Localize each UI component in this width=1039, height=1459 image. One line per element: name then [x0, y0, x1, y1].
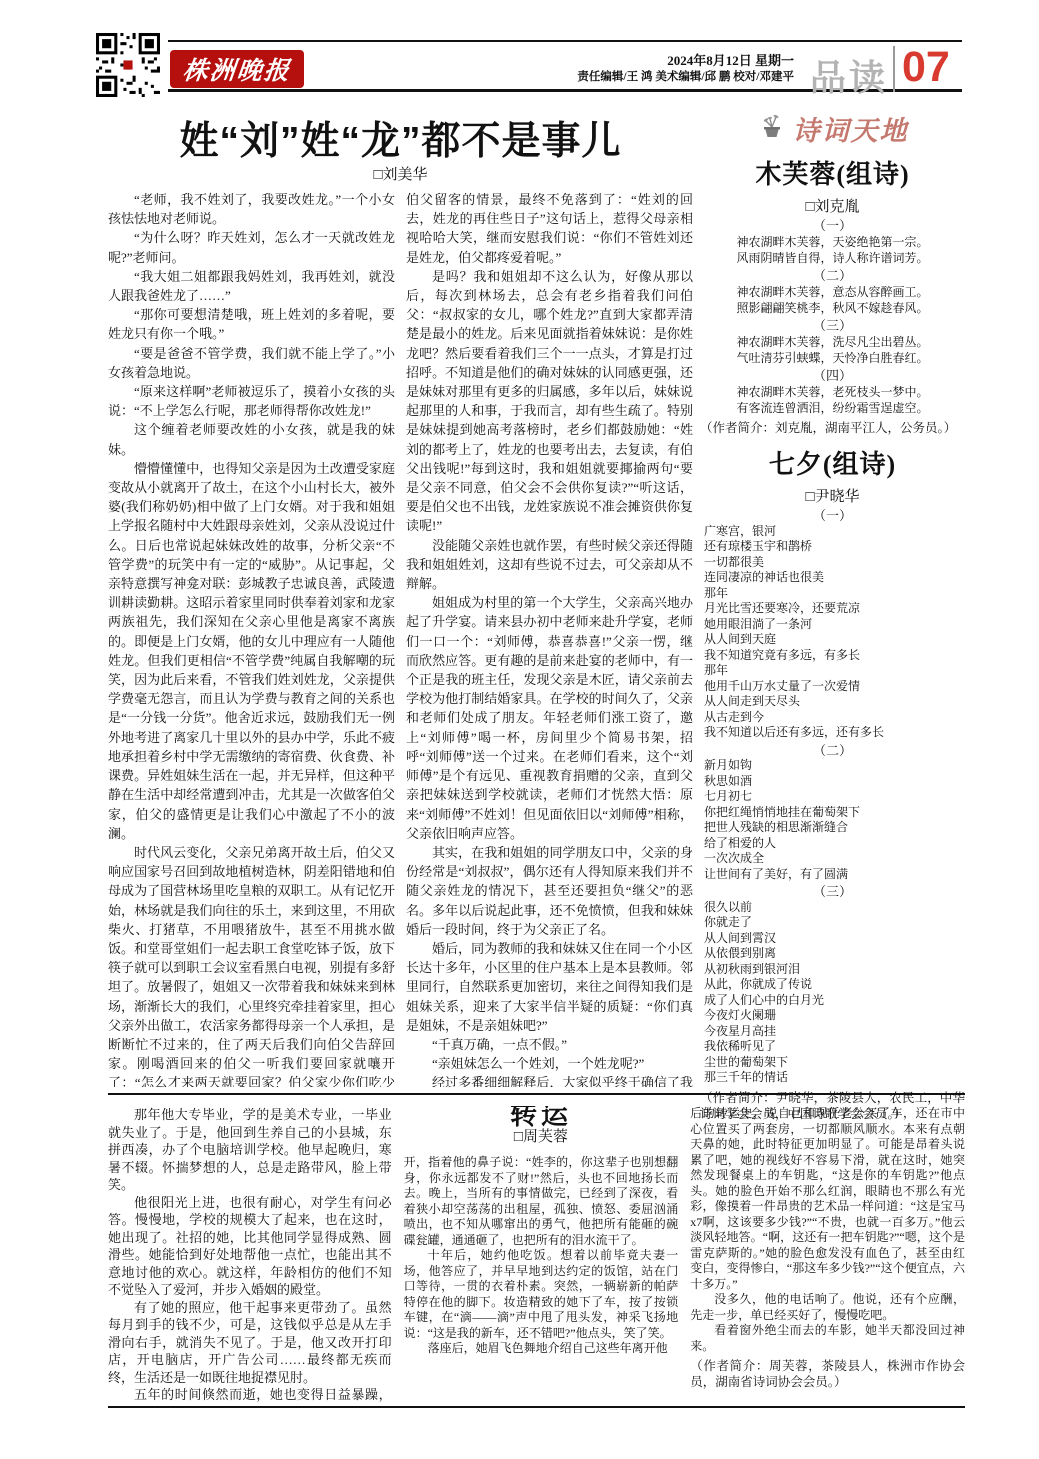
stanza-number: （四） [700, 368, 965, 384]
poetry-banner-title: 诗词天地 [793, 109, 909, 148]
poem-line: 我依稀听见了 [700, 1039, 965, 1055]
poem-line: 你把红绳悄悄地挂在葡萄架下 [700, 805, 965, 821]
poem-line: 神农湖畔木芙蓉，天姿绝艳第一宗。 [700, 234, 965, 250]
poem-line: 我不知道究竟有多远，有多长 [700, 648, 965, 664]
paragraph: 姐姐成为村里的第一个大学生，父亲高兴地办起了升学宴。请来县办初中老师来赴升学宴，… [406, 593, 693, 843]
stanza-lines: 新月如钩秋思如酒七月初七你把红绳悄悄地挂在葡萄架下把世人残缺的相思渐渐缝合给了相… [700, 758, 965, 882]
bottom-column-2: 转运 □周芙蓉 开，指着他的鼻子说：“姓李的，你这辈子也别想翻身，你永远都发不了… [404, 1106, 679, 1402]
stanza-lines: 很久以前你就走了从人间到霄汉从依偎到别离从初秋雨到银河泪从此，你就成了传说成了人… [700, 900, 965, 1086]
paragraph: “那你可要想清楚哦，班上姓刘的多着呢，要姓龙只有你一个哦。” [108, 305, 395, 343]
poem-line: 从人间到天庭 [700, 632, 965, 648]
poem-line: 他用千山万水丈量了一次爱情 [700, 679, 965, 695]
poem-line: 让世间有了美好，有了圆满 [700, 867, 965, 883]
paragraph: “亲姐妹怎么一个姓刘，一个姓龙呢?” [406, 1054, 693, 1073]
stanza-number: （一） [700, 218, 965, 234]
author-bio: （作者简介：刘克胤，湖南平江人，公务员。） [700, 420, 965, 436]
bottom-article-author: □周芙蓉 [404, 1130, 679, 1146]
poem-title: 木芙蓉(组诗) [700, 154, 965, 191]
main-article-column-2: 伯父留客的情景，最终不免落到了：“姓刘的回去，姓龙的再住些日子”这句话上，惹得父… [406, 190, 693, 1087]
poetry-banner: 诗词天地 [700, 110, 965, 146]
poem-line: 今夜星月高挂 [700, 1024, 965, 1040]
stanza-lines: 广寒宫，银河还有琼楼玉宇和鹊桥一切都很美连同凄凉的神话也很美那年月光比雪还要寒冷… [700, 524, 965, 741]
poem-qixi: 七夕(组诗) □尹晓华 （一） 广寒宫，银河还有琼楼玉宇和鹊桥一切都很美连同凄凉… [700, 444, 965, 1122]
page-number: 07 [902, 43, 950, 92]
paragraph: 后的转运史，说自己和现任老公买了车，还在市中心位置买了两套房，一切都顺风顺水。本… [690, 1106, 965, 1292]
poem-line: 一次次成全 [700, 851, 965, 867]
main-article-column-1: “老师，我不姓刘了，我要改姓龙。”一个小女孩怯怯地对老师说。“为什么呀？昨天姓刘… [108, 190, 395, 1087]
paragraph: 他很阳光上进，也很有耐心，对学生有问必答。慢慢地，学校的规模大了起来，也在这时，… [108, 1194, 392, 1299]
masthead-text: 株洲晚报 [181, 51, 293, 87]
bottom-column-1: 那年他大专毕业，学的是美术专业，一毕业就失业了。于是，他回到生养自己的小县城，东… [108, 1106, 392, 1402]
bottom-column-2-text: 开，指着他的鼻子说：“姓李的，你这辈子也别想翻身，你永远都发不了财!”然后，头也… [404, 1155, 679, 1357]
poem-line: 那三千年的情话 [700, 1070, 965, 1086]
header-divider [893, 46, 895, 92]
stanza-lines: 神农湖畔木芙蓉，老死枝头一梦中。有客流连曾洒泪，纷纷霜雪逞虚空。 [700, 384, 965, 416]
bottom-article: 那年他大专毕业，学的是美术专业，一毕业就失业了。于是，他回到生养自己的小县城，东… [108, 1106, 965, 1402]
stanza-lines: 神农湖畔木芙蓉，洗尽凡尘出碧丛。气吐清芬引蛱蝶，天怜净白胜春红。 [700, 334, 965, 366]
main-article-body: “老师，我不姓刘了，我要改姓龙。”一个小女孩怯怯地对老师说。“为什么呀？昨天姓刘… [108, 190, 693, 1087]
poem-mufurong: 木芙蓉(组诗) □刘克胤 （一） 神农湖畔木芙蓉，天姿绝艳第一宗。风雨阴晴皆自得… [700, 154, 965, 436]
header-rule-top [168, 40, 962, 42]
poem-line: 神农湖畔木芙蓉，洗尽凡尘出碧丛。 [700, 334, 965, 350]
poem-line: 从此，你就成了传说 [700, 977, 965, 993]
poem-author: □尹晓华 [700, 485, 965, 506]
paragraph: “千真万确，一点不假。” [406, 1035, 693, 1054]
paragraph: “老师，我不姓刘了，我要改姓龙。”一个小女孩怯怯地对老师说。 [108, 190, 395, 228]
paragraph: “为什么呀？昨天姓刘，怎么才一天就改姓龙呢?”老师问。 [108, 228, 395, 266]
stanza-number: （二） [700, 743, 965, 759]
paragraph: 那年他大专毕业，学的是美术专业，一毕业就失业了。于是，他回到生养自己的小县城，东… [108, 1106, 392, 1194]
paragraph: 落座后，她眉飞色舞地介绍自己这些年离开他 [404, 1341, 679, 1357]
poem-line: 一切都很美 [700, 555, 965, 571]
poem-line: 月光比雪还要寒冷，还要荒凉 [700, 601, 965, 617]
poem-line: 从人间走到天尽头 [700, 694, 965, 710]
poem-line: 从初秋雨到银河泪 [700, 962, 965, 978]
paragraph: “原来这样啊”老师被逗乐了，摸着小女孩的头说：“不上学怎么行呢，那老师得帮你改姓… [108, 382, 395, 420]
poem-line: 有客流连曾洒泪，纷纷霜雪逞虚空。 [700, 400, 965, 416]
section-name: 品读 [810, 50, 888, 101]
paragraph: 懵懵懂懂中，也得知父亲是因为土改遭受家庭变故从小就离开了故土，在这个小山村长大，… [108, 459, 395, 843]
stanza-lines: 神农湖畔木芙蓉，天姿绝艳第一宗。风雨阴晴皆自得，诗人称许谱词芳。 [700, 234, 965, 266]
main-article-title: 姓“刘”姓“龙”都不是事儿 [108, 110, 693, 166]
masthead-logo: 株洲晚报 [170, 50, 304, 88]
paragraph: 这个缠着老师要改姓的小女孩，就是我的妹妹。 [108, 420, 395, 458]
stanza-number: （二） [700, 268, 965, 284]
poem-line: 我不知道以后还有多远，还有多长 [700, 725, 965, 741]
author-bio: （作者简介：周芙蓉，茶陵县人，株洲市作协会员，湖南省诗词协会会员。） [690, 1358, 965, 1390]
poem-line: 新月如钩 [700, 758, 965, 774]
poem-line: 今夜灯火阑珊 [700, 1008, 965, 1024]
bottom-column-3: 后的转运史，说自己和现任老公买了车，还在市中心位置买了两套房，一切都顺风顺水。本… [690, 1106, 965, 1402]
stanza-number: （一） [700, 508, 965, 524]
header-meta: 2024年8月12日 星期一 责任编辑/王 鸿 美术编辑/邱 鹏 校对/邓建平 [577, 52, 794, 85]
paragraph: “要是爸爸不管学费，我们就不能上学了。”小女孩着急地说。 [108, 344, 395, 382]
poem-line: 把世人残缺的相思渐渐缝合 [700, 820, 965, 836]
main-article-column-2-text: 伯父留客的情景，最终不免落到了：“姓刘的回去，姓龙的再住些日子”这句话上，惹得父… [406, 190, 693, 1087]
paragraph: “我大姐二姐都跟我妈姓刘，我再姓刘，就没人跟我爸姓龙了……” [108, 267, 395, 305]
poem-line: 风雨阴晴皆自得，诗人称许谱词芳。 [700, 250, 965, 266]
poem-line: 神农湖畔木芙蓉，老死枝头一梦中。 [700, 384, 965, 400]
section-divider-rule [108, 1093, 965, 1095]
paragraph: 婚后，同为教师的我和妹妹又住在同一个小区长达十多年，小区里的住户基本上是本县教师… [406, 939, 693, 1035]
editors-line: 责任编辑/王 鸿 美术编辑/邱 鹏 校对/邓建平 [577, 70, 794, 86]
paragraph: 其实，在我和姐姐的同学朋友口中，父亲的身份经常是“刘叔叔”，偶尔还有人得知原来我… [406, 843, 693, 939]
poem-line: 从古走到今 [700, 710, 965, 726]
poem-title: 七夕(组诗) [700, 444, 965, 481]
page-bottom-rule [108, 1406, 965, 1408]
paragraph: 伯父留客的情景，最终不免落到了：“姓刘的回去，姓龙的再住些日子”这句话上，惹得父… [406, 190, 693, 267]
poem-line: 从人间到霄汉 [700, 931, 965, 947]
poem-author: □刘克胤 [700, 195, 965, 216]
poem-line: 她用眼泪淌了一条河 [700, 617, 965, 633]
date-line: 2024年8月12日 星期一 [577, 52, 794, 70]
paragraph: 是吗？我和姐姐却不这么认为，好像从那以后，每次到林场去，总会有老乡指着我们问伯父… [406, 267, 693, 536]
poem-line: 那年 [700, 586, 965, 602]
main-article-author: □刘美华 [108, 163, 693, 184]
paragraph: 有了她的照应，他干起事来更带劲了。虽然每月到手的钱不少，可是，这钱似乎总是从左手… [108, 1299, 392, 1387]
poem-line: 成了人们心中的白月光 [700, 993, 965, 1009]
poem-line: 给了相爱的人 [700, 836, 965, 852]
poem-line: 连同凄凉的神话也很美 [700, 570, 965, 586]
paragraph: 没能随父亲姓也就作罢，有些时候父亲还得随我和姐姐姓刘，这却有些说不过去，可父亲却… [406, 536, 693, 594]
stanza-number: （三） [700, 318, 965, 334]
poem-line: 你就走了 [700, 915, 965, 931]
poem-line: 从依偎到别离 [700, 946, 965, 962]
poem-line: 很久以前 [700, 900, 965, 916]
qr-code-icon [96, 33, 160, 97]
bottom-article-title: 转运 [404, 1108, 679, 1124]
poem-line: 七月初七 [700, 789, 965, 805]
poem-line: 照影翩翩笑桃李，秋风不嫁趁春风。 [700, 300, 965, 316]
bottom-column-3-text: 后的转运史，说自己和现任老公买了车，还在市中心位置买了两套房，一切都顺风顺水。本… [690, 1106, 965, 1354]
poem-line: 尘世的葡萄架下 [700, 1055, 965, 1071]
paragraph: 五年的时间倏然而逝，她也变得日益暴躁，终于有一天因为一件小事而提出离婚，临走前，… [108, 1386, 392, 1402]
paragraph: 时代风云变化，父亲兄弟离开故土后，伯父又响应国家号召回到故地植树造林，阴差阳错地… [108, 843, 395, 1087]
potted-plant-icon [757, 111, 787, 146]
poem-line: 那年 [700, 663, 965, 679]
poetry-column: 诗词天地 木芙蓉(组诗) □刘克胤 （一） 神农湖畔木芙蓉，天姿绝艳第一宗。风雨… [700, 110, 965, 1122]
stanza-number: （三） [700, 884, 965, 900]
poem-line: 还有琼楼玉宇和鹊桥 [700, 539, 965, 555]
paragraph: 没多久，他的电话响了。他说，还有个应酬，先走一步，单已经买好了，慢慢吃吧。 [690, 1292, 965, 1323]
stanza-lines: 神农湖畔木芙蓉，意态从容醉画工。照影翩翩笑桃李，秋风不嫁趁春风。 [700, 284, 965, 316]
newspaper-page: 株洲晚报 2024年8月12日 星期一 责任编辑/王 鸿 美术编辑/邱 鹏 校对… [0, 0, 1039, 1459]
poem-line: 气吐清芬引蛱蝶，天怜净白胜春红。 [700, 350, 965, 366]
paragraph: 开，指着他的鼻子说：“姓李的，你这辈子也别想翻身，你永远都发不了财!”然后，头也… [404, 1155, 679, 1248]
paragraph: 十年后，她约他吃饭。想着以前毕竟夫妻一场，他答应了，并早早地到达约定的饭馆，站在… [404, 1248, 679, 1341]
poem-line: 秋思如酒 [700, 774, 965, 790]
poem-line: 广寒宫，银河 [700, 524, 965, 540]
paragraph: 看着窗外绝尘而去的车影，她半天都没回过神来。 [690, 1323, 965, 1354]
paragraph: 经过多番细细解释后，大家似乎终于确信了我们嫡亲的血缘关系，也对身为农民的木匠父亲… [406, 1073, 693, 1087]
poem-line: 神农湖畔木芙蓉，意态从容醉画工。 [700, 284, 965, 300]
